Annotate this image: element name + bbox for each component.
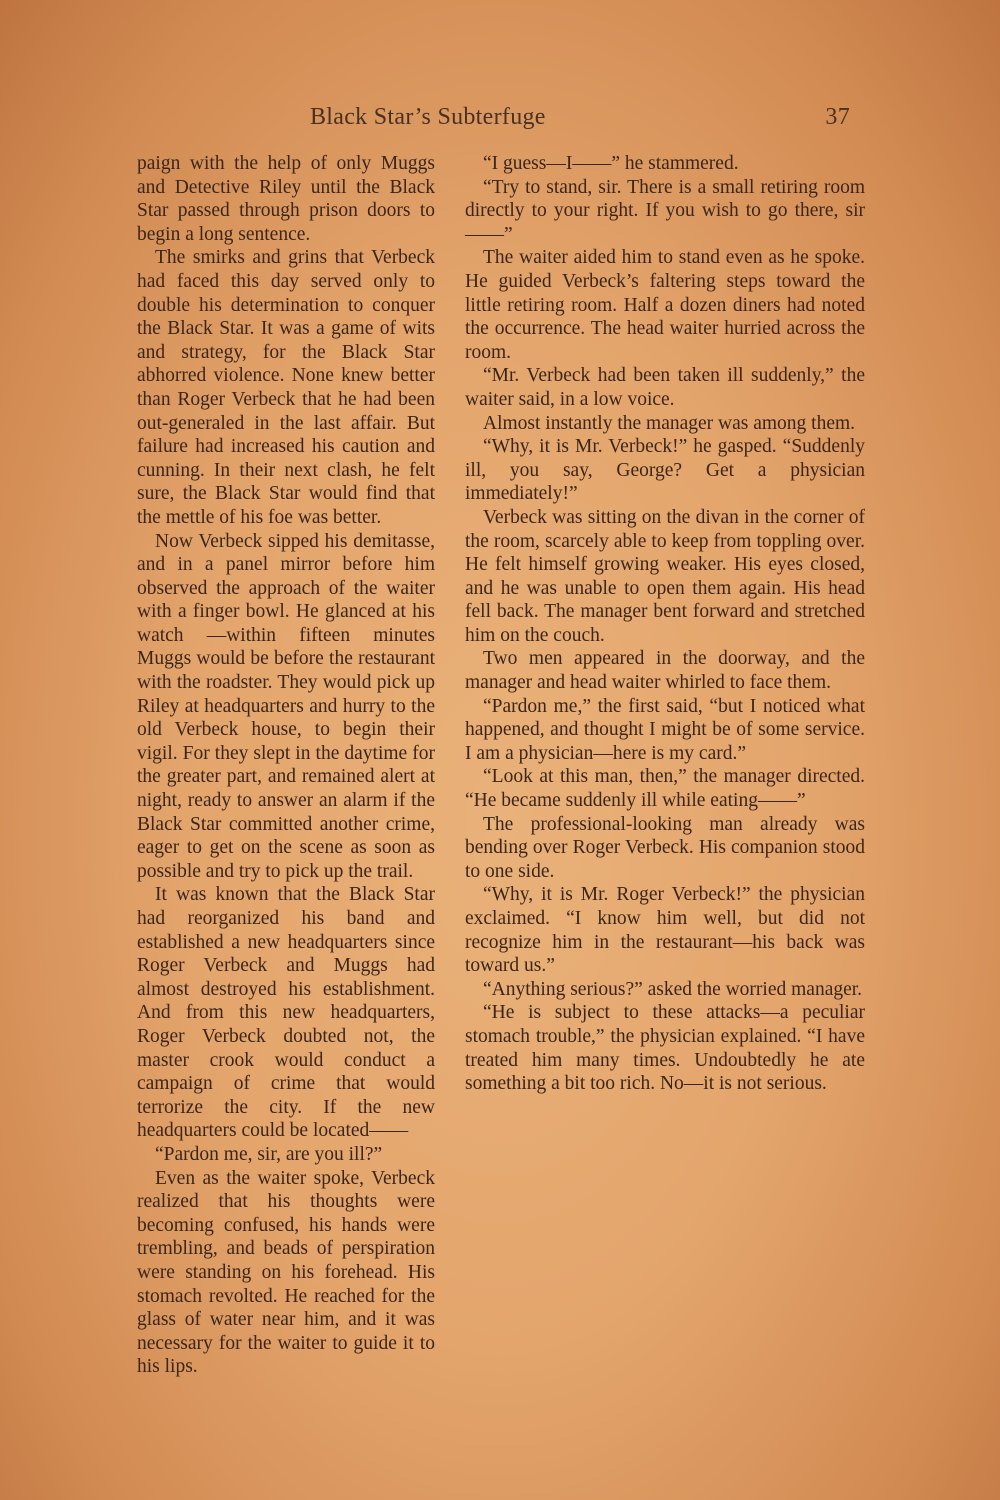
paragraph: The waiter aided him to stand even as he… bbox=[465, 246, 865, 364]
paragraph: The professional-looking man already was… bbox=[465, 813, 865, 884]
paragraph: “Mr. Verbeck had been taken ill suddenly… bbox=[465, 364, 865, 411]
paragraph: It was known that the Black Star had reo… bbox=[137, 883, 435, 1143]
paragraph: “He is subject to these attacks—a peculi… bbox=[465, 1001, 865, 1095]
paragraph: Almost instantly the manager was among t… bbox=[465, 412, 865, 436]
page-number: 37 bbox=[825, 104, 850, 131]
paragraph: The smirks and grins that Verbeck had fa… bbox=[137, 246, 435, 529]
paragraph: “I guess—I——” he stammered. bbox=[465, 152, 865, 176]
chapter-title: Black Star’s Subterfuge bbox=[310, 104, 546, 131]
paragraph: “Try to stand, sir. There is a small ret… bbox=[465, 176, 865, 247]
paragraph: Now Verbeck sipped his demitasse, and in… bbox=[137, 530, 435, 884]
paragraph: “Anything serious?” asked the worried ma… bbox=[465, 978, 865, 1002]
paragraph: “Pardon me, sir, are you ill?” bbox=[137, 1143, 435, 1167]
left-column: paign with the help of only Muggs and De… bbox=[137, 152, 435, 1379]
paragraph: Verbeck was sitting on the divan in the … bbox=[465, 506, 865, 648]
paragraph: “Look at this man, then,” the manager di… bbox=[465, 765, 865, 812]
paragraph: Even as the waiter spoke, Verbeck realiz… bbox=[137, 1167, 435, 1379]
paragraph: “Why, it is Mr. Verbeck!” he gasped. “Su… bbox=[465, 435, 865, 506]
paragraph: paign with the help of only Muggs and De… bbox=[137, 152, 435, 246]
right-column: “I guess—I——” he stammered. “Try to stan… bbox=[465, 152, 865, 1096]
paragraph: “Pardon me,” the first said, “but I noti… bbox=[465, 695, 865, 766]
paragraph: “Why, it is Mr. Roger Verbeck!” the phys… bbox=[465, 883, 865, 977]
book-page: Black Star’s Subterfuge 37 paign with th… bbox=[0, 0, 1000, 1500]
paragraph: Two men appeared in the doorway, and the… bbox=[465, 647, 865, 694]
